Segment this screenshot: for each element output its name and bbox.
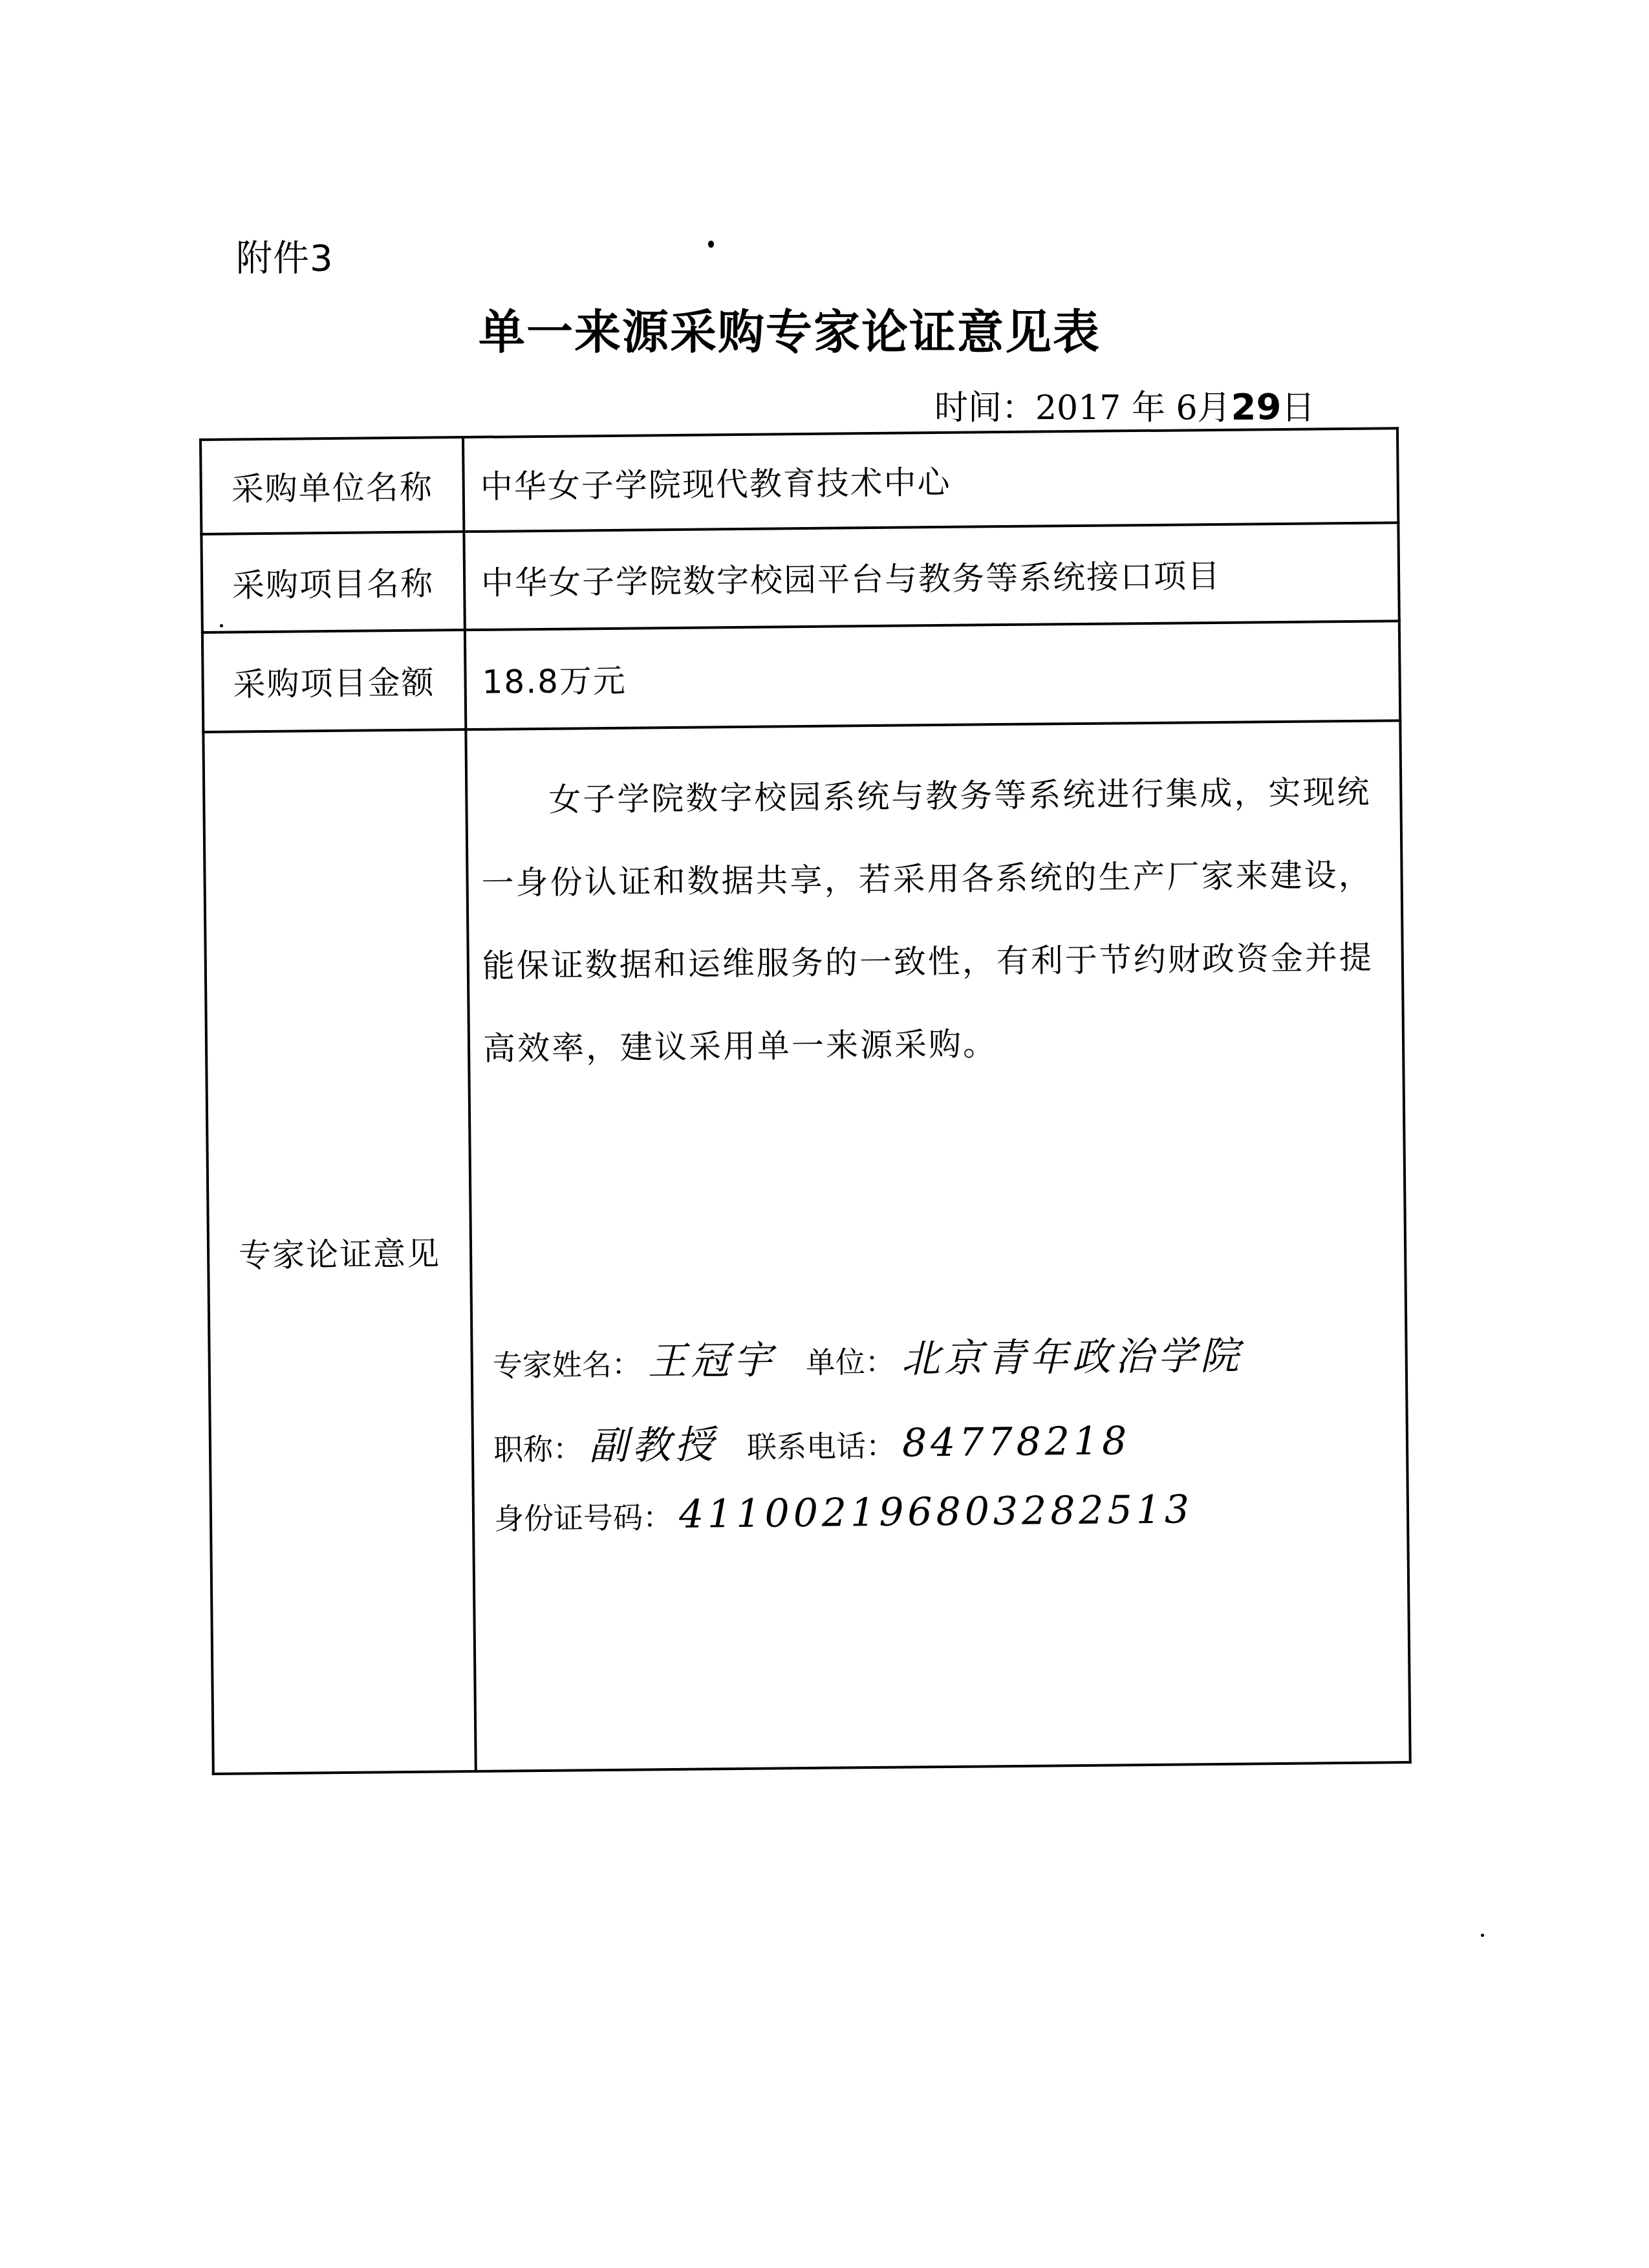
expert-opinion-text: 女子学院数字校园系统与教务等系统进行集成，实现统一身份认证和数据共享，若采用各系… xyxy=(467,722,1402,1090)
expert-title-label: 职称： xyxy=(493,1431,583,1467)
date-day-handwritten: 29 xyxy=(1231,386,1282,428)
table-row: 采购项目金额 18.8万元 xyxy=(202,621,1400,732)
expert-unit-label: 单位： xyxy=(806,1345,896,1380)
table-row: 采购项目名称 中华女子学院数字校园平台与教务等系统接口项目 xyxy=(201,523,1399,632)
project-amount-value: 18.8万元 xyxy=(465,621,1400,729)
expert-title-value: 副教授 xyxy=(589,1422,718,1469)
date-line: 时间：2017 年 6月29日 xyxy=(934,380,1315,429)
table-row: 专家论证意见 女子学院数字校园系统与教务等系统进行集成，实现统一身份认证和数据共… xyxy=(203,720,1410,1774)
expert-opinion-label: 专家论证意见 xyxy=(203,729,475,1774)
expert-id-value: 411002196803282513 xyxy=(679,1487,1194,1537)
scan-speck xyxy=(1481,1934,1484,1937)
date-month: 6 xyxy=(1176,389,1197,427)
expert-id-label: 身份证号码： xyxy=(494,1500,673,1537)
document-title: 单一来源采购专家论证意见表 xyxy=(479,294,1101,362)
purchaser-name-value: 中华女子学院现代教育技术中心 xyxy=(463,428,1398,532)
scan-speck xyxy=(708,241,714,248)
date-day-unit: 日 xyxy=(1281,389,1315,427)
expert-id-line: 身份证号码：411002196803282513 xyxy=(494,1487,1194,1539)
date-year: 2017 xyxy=(1035,389,1121,427)
table-row: 采购单位名称 中华女子学院现代教育技术中心 xyxy=(200,428,1398,534)
expert-phone-value: 84778218 xyxy=(902,1418,1131,1465)
purchaser-name-label: 采购单位名称 xyxy=(200,437,464,534)
expert-name-label: 专家姓名： xyxy=(493,1347,642,1383)
project-name-value: 中华女子学院数字校园平台与教务等系统接口项目 xyxy=(464,523,1399,630)
expert-name-signature: 王冠宇 xyxy=(647,1338,776,1385)
date-year-unit: 年 xyxy=(1132,389,1165,427)
project-name-label: 采购项目名称 xyxy=(201,532,464,632)
expert-title-line: 职称：副教授联系电话：84778218 xyxy=(493,1410,1131,1471)
date-label: 时间： xyxy=(934,389,1035,427)
project-amount-label: 采购项目金额 xyxy=(202,630,466,732)
expert-name-line: 专家姓名：王冠宇单位：北京青年政治学院 xyxy=(492,1325,1243,1388)
date-month-unit: 月 xyxy=(1198,389,1231,427)
opinion-form-table: 采购单位名称 中华女子学院现代教育技术中心 采购项目名称 中华女子学院数字校园平… xyxy=(199,427,1412,1775)
expert-unit-value: 北京青年政治学院 xyxy=(901,1334,1243,1382)
expert-opinion-cell: 女子学院数字校园系统与教务等系统进行集成，实现统一身份认证和数据共享，若采用各系… xyxy=(466,720,1410,1771)
annex-label: 附件3 xyxy=(236,230,334,281)
scan-speck xyxy=(220,624,223,627)
expert-phone-label: 联系电话： xyxy=(747,1429,896,1465)
